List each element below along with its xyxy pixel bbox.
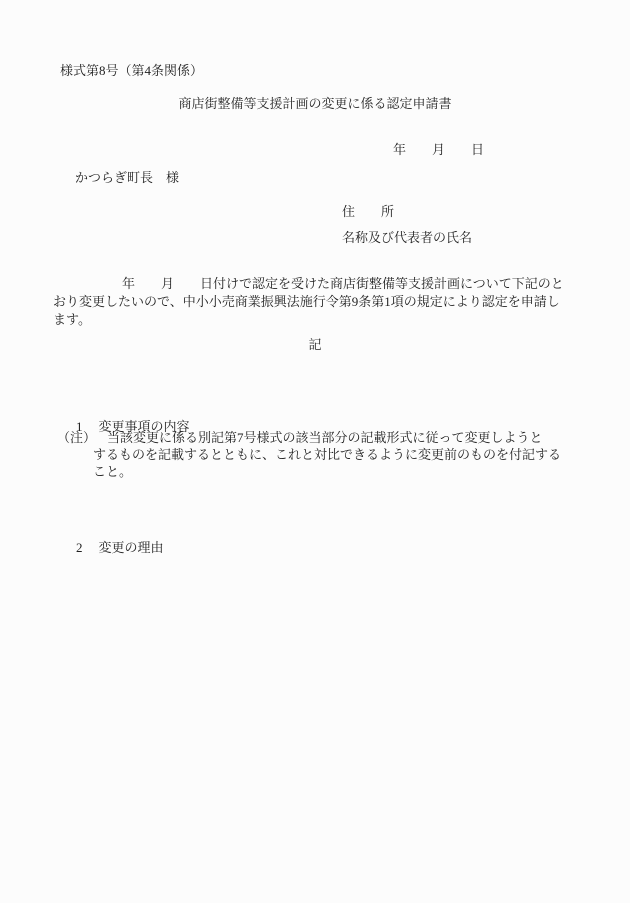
note-line-2: するものを記載するとともに、これと対比できるように変更前のものを付記する [93, 448, 561, 463]
form-number: 様式第8号（第4条関係） [60, 64, 203, 79]
sender-address-label: 住 所 [342, 205, 394, 220]
date-line: 年 月 日 [393, 143, 484, 158]
note-line-1: 当該変更に係る別記第7号様式の該当部分の記載形式に従って変更しようと [107, 431, 543, 446]
sender-name-label: 名称及び代表者の氏名 [342, 231, 472, 246]
section-2: 2変更の理由 [63, 521, 164, 572]
note-line-3: こと。 [93, 465, 132, 480]
note-label: （注） [57, 431, 96, 446]
body-line-1: 年 月 日付けで認定を受けた商店街整備等支援計画について下記のと [122, 277, 564, 292]
addressee: かつらぎ町長 様 [75, 171, 179, 186]
document-title: 商店街整備等支援計画の変更に係る認定申請書 [0, 97, 630, 112]
body-line-2: おり変更したいので、中小小売商業振興法施行令第9条第1項の規定により認定を申請し [53, 295, 560, 310]
body-line-3: ます。 [53, 313, 91, 328]
ki-heading: 記 [0, 338, 630, 353]
application-form-document: 様式第8号（第4条関係） 商店街整備等支援計画の変更に係る認定申請書 年 月 日… [0, 0, 630, 903]
section-2-number: 2 [76, 540, 83, 555]
section-2-title: 変更の理由 [99, 540, 164, 555]
